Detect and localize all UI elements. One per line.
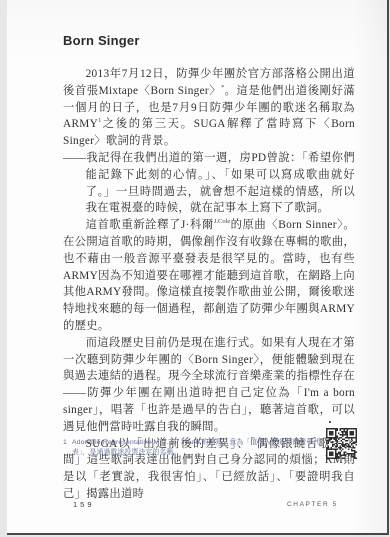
footer-page-number: 159 xyxy=(73,500,95,509)
footnote-ref-dot xyxy=(329,421,331,423)
body-paragraph: ——我記得在我們出道的第一週，房PD曾說：「希望你們能記錄下此刻的心情。」、「如… xyxy=(63,150,355,217)
footnote: 1 Adorable Representative M.C. for Youth… xyxy=(63,438,321,457)
qr-code-icon xyxy=(326,428,357,459)
footnote-marker: 1 xyxy=(63,438,67,457)
book-page: Born Singer 2013年7月12日，防彈少年團於官方部落格公開出道後首… xyxy=(7,0,389,535)
footer-chapter-label: CHAPTER 5 xyxy=(287,501,338,508)
body-paragraph: 而這段歷史目前仍是現在進行式。如果有人現在才第一次聽到防彈少年團的〈Born S… xyxy=(63,335,355,436)
body-paragraph: 2013年7月12日，防彈少年團於官方部落格公開出道後首張Mixtape〈Bor… xyxy=(63,66,355,150)
body-paragraph: 這首歌重新詮釋了J·科爾J.Cole的原曲〈Born Sinner〉。在公開這首… xyxy=(63,217,355,335)
footnote-text: Adorable Representative M.C. for Youth 的… xyxy=(72,438,321,457)
page-title: Born Singer xyxy=(63,33,140,48)
